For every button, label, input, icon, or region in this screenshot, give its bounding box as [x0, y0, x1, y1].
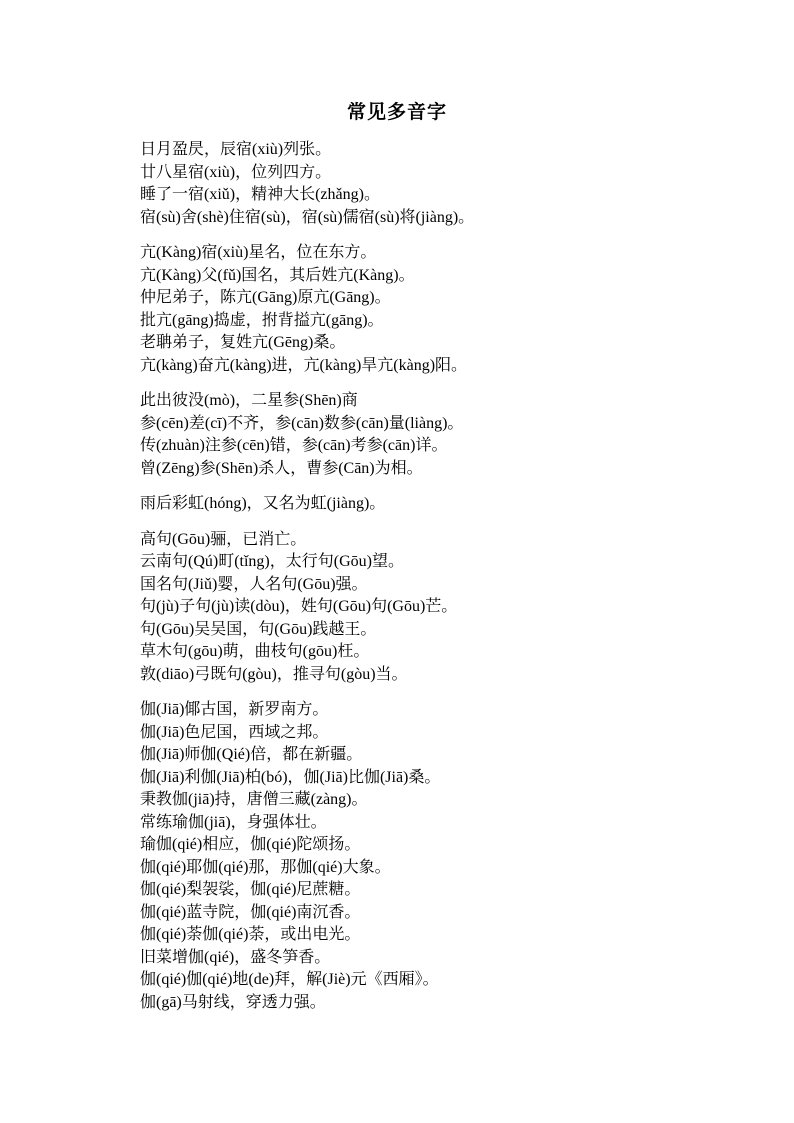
text-line: 高句(Gōu)骊，已消亡。 — [140, 529, 654, 552]
text-line: 仲尼弟子，陈亢(Gāng)原亢(Gāng)。 — [140, 287, 654, 310]
text-line: 句(jù)子句(jù)读(dòu)，姓句(Gōu)句(Gōu)芒。 — [140, 596, 654, 619]
text-line: 传(zhuàn)注参(cēn)错，参(cān)考参(cān)详。 — [140, 435, 654, 458]
text-line: 日月盈昃，辰宿(xiù)列张。 — [140, 139, 654, 162]
section-shen-can: 此出彼没(mò)，二星参(Shēn)商 参(cēn)差(cī)不齐，参(cān)… — [140, 390, 654, 480]
text-line: 伽(qié)蓝寺院，伽(qié)南沉香。 — [140, 902, 654, 925]
text-line: 雨后彩虹(hóng)，又名为虹(jiàng)。 — [140, 493, 654, 516]
text-line: 廿八星宿(xiù)，位列四方。 — [140, 162, 654, 185]
document-page: 常见多音字 日月盈昃，辰宿(xiù)列张。 廿八星宿(xiù)，位列四方。 睡了… — [0, 0, 794, 1123]
text-line: 亢(kàng)奋亢(kàng)进，亢(kàng)旱亢(kàng)阳。 — [140, 355, 654, 378]
text-line: 老聃弟子，复姓亢(Gēng)桑。 — [140, 332, 654, 355]
text-line: 旧菜增伽(qié)，盛冬笋香。 — [140, 947, 654, 970]
text-line: 批亢(gāng)捣虚，拊背搤亢(gāng)。 — [140, 310, 654, 333]
page-title: 常见多音字 — [140, 100, 654, 125]
text-line: 伽(qié)伽(qié)地(de)拜，解(Jiè)元《西厢》。 — [140, 969, 654, 992]
document-body: 日月盈昃，辰宿(xiù)列张。 廿八星宿(xiù)，位列四方。 睡了一宿(xiǔ… — [140, 139, 654, 1014]
text-line: 伽(Jiā)色尼国，西域之邦。 — [140, 722, 654, 745]
document-content: 常见多音字 日月盈昃，辰宿(xiù)列张。 廿八星宿(xiù)，位列四方。 睡了… — [140, 100, 654, 1014]
text-line: 此出彼没(mò)，二星参(Shēn)商 — [140, 390, 654, 413]
text-line: 草木句(gōu)萌，曲枝句(gōu)枉。 — [140, 641, 654, 664]
text-line: 国名句(Jiǔ)婴，人名句(Gōu)强。 — [140, 574, 654, 597]
text-line: 伽(gā)马射线，穿透力强。 — [140, 992, 654, 1015]
text-line: 伽(Jiā)师伽(Qié)倍，都在新疆。 — [140, 744, 654, 767]
text-line: 亢(Kàng)父(fǔ)国名，其后姓亢(Kàng)。 — [140, 265, 654, 288]
text-line: 伽(qié)荼伽(qié)荼，或出电光。 — [140, 924, 654, 947]
section-su: 日月盈昃，辰宿(xiù)列张。 廿八星宿(xiù)，位列四方。 睡了一宿(xiǔ… — [140, 139, 654, 229]
text-line: 伽(qié)耶伽(qié)那，那伽(qié)大象。 — [140, 857, 654, 880]
text-line: 句(Gōu)吴吴国，句(Gōu)践越王。 — [140, 619, 654, 642]
text-line: 敦(diāo)弓既句(gòu)，推寻句(gòu)当。 — [140, 664, 654, 687]
text-line: 亢(Kàng)宿(xiù)星名，位在东方。 — [140, 242, 654, 265]
text-line: 宿(sù)舍(shè)住宿(sù)，宿(sù)儒宿(sù)将(jiàng)。 — [140, 207, 654, 230]
text-line: 伽(Jiā)利伽(Jiā)柏(bó)，伽(Jiā)比伽(Jiā)桑。 — [140, 767, 654, 790]
section-jia-qie: 伽(Jiā)倻古国，新罗南方。 伽(Jiā)色尼国，西域之邦。 伽(Jiā)师伽… — [140, 699, 654, 1014]
text-line: 常练瑜伽(jiā)，身强体壮。 — [140, 812, 654, 835]
text-line: 睡了一宿(xiǔ)，精神大长(zhǎng)。 — [140, 184, 654, 207]
text-line: 瑜伽(qié)相应，伽(qié)陀颂扬。 — [140, 834, 654, 857]
text-line: 参(cēn)差(cī)不齐，参(cān)数参(cān)量(liàng)。 — [140, 413, 654, 436]
text-line: 伽(Jiā)倻古国，新罗南方。 — [140, 699, 654, 722]
text-line: 曾(Zēng)参(Shēn)杀人，曹参(Cān)为相。 — [140, 458, 654, 481]
section-gou: 高句(Gōu)骊，已消亡。 云南句(Qú)町(tǐng)，太行句(Gōu)望。 … — [140, 529, 654, 687]
text-line: 云南句(Qú)町(tǐng)，太行句(Gōu)望。 — [140, 551, 654, 574]
text-line: 秉教伽(jiā)持，唐僧三藏(zàng)。 — [140, 789, 654, 812]
text-line: 伽(qié)梨袈裟，伽(qié)尼蔗糖。 — [140, 879, 654, 902]
section-hong: 雨后彩虹(hóng)，又名为虹(jiàng)。 — [140, 493, 654, 516]
section-kang: 亢(Kàng)宿(xiù)星名，位在东方。 亢(Kàng)父(fǔ)国名，其后姓… — [140, 242, 654, 377]
